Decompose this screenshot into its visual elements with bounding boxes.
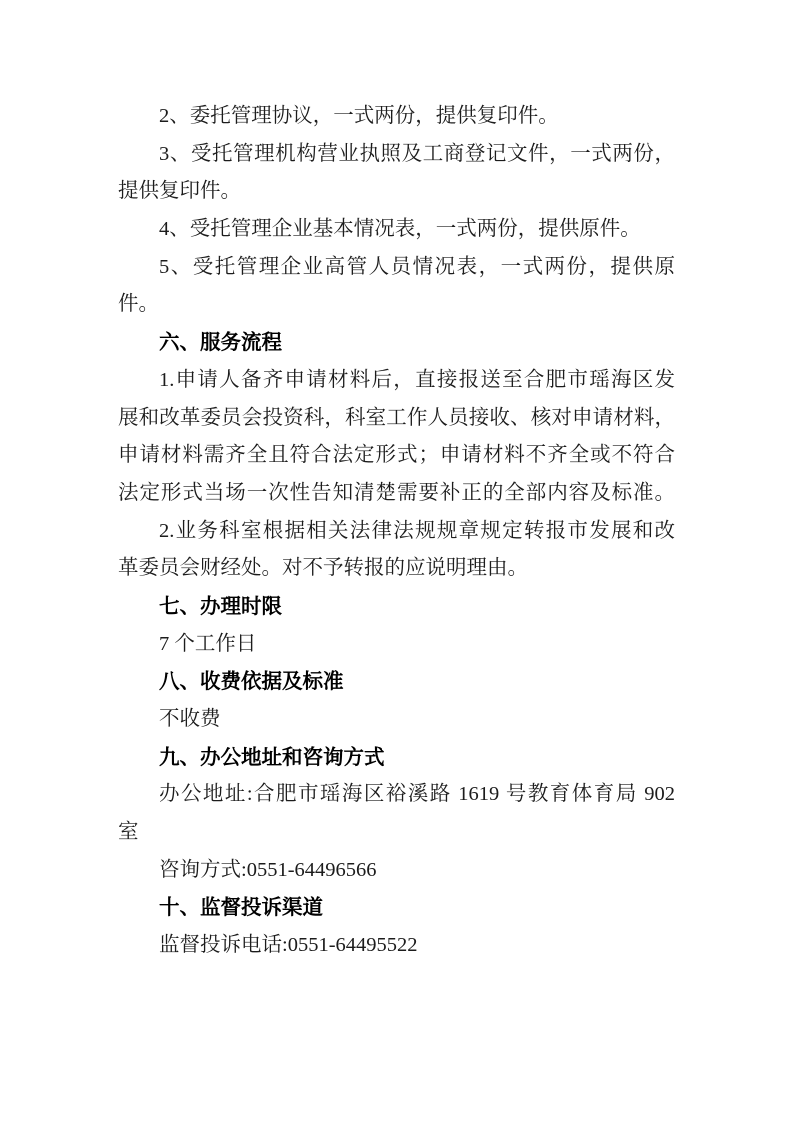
requirement-item-3-line-1: 3、受托管理机构营业执照及工商登记文件，一式两份， — [118, 136, 675, 174]
processing-time-value: 7 个工作日 — [118, 626, 675, 664]
section-heading-service-process: 六、服务流程 — [118, 324, 675, 362]
requirement-item-4: 4、受托管理企业基本情况表，一式两份，提供原件。 — [118, 211, 675, 249]
service-process-step-2-line-1: 2.业务科室根据相关法律法规规章规定转报市发展和改 — [118, 513, 675, 551]
document-page: 2、委托管理协议，一式两份，提供复印件。 3、受托管理机构营业执照及工商登记文件… — [0, 0, 792, 1122]
requirement-item-2: 2、委托管理协议，一式两份，提供复印件。 — [118, 98, 675, 136]
office-address-line-1: 办公地址:合肥市瑶海区裕溪路 1619 号教育体育局 902 — [118, 776, 675, 814]
document-body: 2、委托管理协议，一式两份，提供复印件。 3、受托管理机构营业执照及工商登记文件… — [118, 98, 675, 965]
service-process-step-1-line-1: 1.申请人备齐申请材料后，直接报送至合肥市瑶海区发 — [118, 362, 675, 400]
fee-value: 不收费 — [118, 701, 675, 739]
service-process-step-1-line-4: 法定形式当场一次性告知清楚需要补正的全部内容及标准。 — [118, 475, 675, 513]
section-heading-processing-time: 七、办理时限 — [118, 588, 675, 626]
office-address-line-2: 室 — [118, 814, 675, 852]
service-process-step-1-line-2: 展和改革委员会投资科，科室工作人员接收、核对申请材料， — [118, 400, 675, 438]
requirement-item-3-line-2: 提供复印件。 — [118, 173, 675, 211]
requirement-item-5-line-2: 件。 — [118, 286, 675, 324]
service-process-step-2-line-2: 革委员会财经处。对不予转报的应说明理由。 — [118, 550, 675, 588]
section-heading-complaint-channel: 十、监督投诉渠道 — [118, 889, 675, 927]
consultation-phone: 咨询方式:0551-64496566 — [118, 852, 675, 890]
section-heading-office-address: 九、办公地址和咨询方式 — [118, 739, 675, 777]
complaint-phone: 监督投诉电话:0551-64495522 — [118, 927, 675, 965]
requirement-item-5-line-1: 5、受托管理企业高管人员情况表，一式两份，提供原 — [118, 249, 675, 287]
section-heading-fee-basis: 八、收费依据及标准 — [118, 663, 675, 701]
service-process-step-1-line-3: 申请材料需齐全且符合法定形式；申请材料不齐全或不符合 — [118, 437, 675, 475]
